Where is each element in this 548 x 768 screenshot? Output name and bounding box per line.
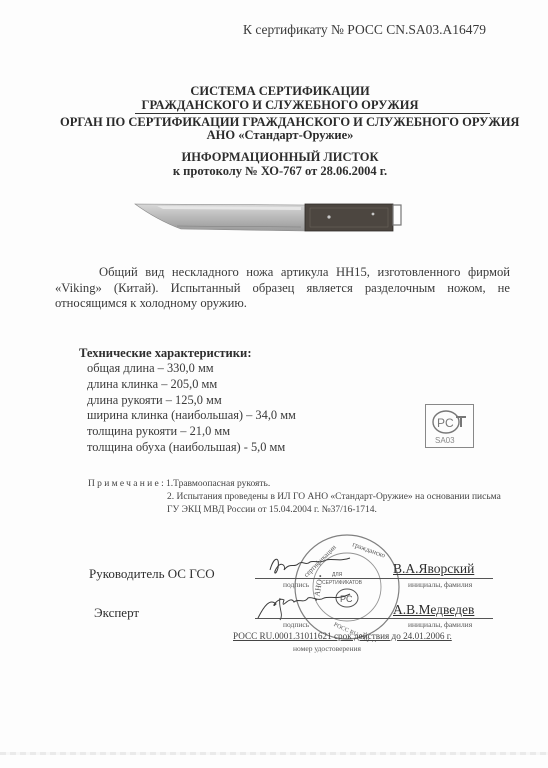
spec-item: общая длина – 330,0 мм bbox=[87, 361, 296, 377]
specs-title: Технические характеристики: bbox=[79, 346, 252, 361]
spec-item: толщина рукояти – 21,0 мм bbox=[87, 424, 296, 440]
signature-line-head bbox=[255, 578, 493, 579]
note-item-2-line2: ГУ ЭКЦ МВД России от 15.04.2004 г. №37/1… bbox=[88, 504, 501, 517]
spec-item: длина клинка – 205,0 мм bbox=[87, 377, 296, 393]
caption-name: инициалы, фамилия bbox=[408, 620, 472, 629]
note-item-1: 1.Травмоопасная рукоять. bbox=[166, 479, 270, 489]
header-system-line1: СИСТЕМА СЕРТИФИКАЦИИ bbox=[60, 84, 500, 98]
rst-mark-icon: PC SA03 bbox=[426, 405, 473, 447]
info-sheet-subtitle: к протоколу № ХО-767 от 28.06.2004 г. bbox=[120, 164, 440, 179]
header-system-line2: ГРАЖДАНСКОГО И СЛУЖЕБНОГО ОРУЖИЯ bbox=[60, 98, 500, 112]
expert-certificate-number: РОСС RU.0001.31011621 срок действия до 2… bbox=[233, 631, 452, 641]
note-item-2-line1: 2. Испытания проведены в ИЛ ГО АНО «Стан… bbox=[88, 491, 501, 504]
specs-list: общая длина – 330,0 мм длина клинка – 20… bbox=[87, 361, 296, 456]
header-organization: АНО «Стандарт-Оружие» bbox=[60, 128, 500, 142]
scan-edge bbox=[0, 752, 548, 755]
caption-signature: подпись bbox=[283, 580, 309, 589]
certificate-reference: К сертификату № РОСС CN.SA03.A16479 bbox=[243, 22, 486, 38]
caption-cert-number: номер удостоверения bbox=[293, 644, 361, 653]
spec-item: длина рукояти – 125,0 мм bbox=[87, 393, 296, 409]
knife-photo bbox=[133, 198, 403, 238]
svg-text:SA03: SA03 bbox=[435, 436, 455, 445]
header-divider bbox=[135, 113, 490, 114]
notes-label: Примечание: bbox=[88, 479, 166, 489]
spec-item: ширина клинка (наибольшая) – 34,0 мм bbox=[87, 408, 296, 424]
signatory-role-expert: Эксперт bbox=[94, 605, 139, 621]
caption-signature: подпись bbox=[283, 620, 309, 629]
header-organ: ОРГАН ПО СЕРТИФИКАЦИИ ГРАЖДАНСКОГО И СЛУ… bbox=[60, 115, 500, 129]
product-description: Общий вид нескладного ножа артикула НН15… bbox=[55, 265, 510, 312]
svg-text:PC: PC bbox=[437, 416, 454, 430]
info-sheet-title: ИНФОРМАЦИОННЫЙ ЛИСТОК bbox=[120, 150, 440, 165]
signature-line-expert bbox=[255, 618, 493, 619]
signatory-name-expert: А.В.Медведев bbox=[393, 602, 474, 618]
notes: Примечание:1.Травмоопасная рукоять. 2. И… bbox=[88, 478, 501, 517]
caption-name: инициалы, фамилия bbox=[408, 580, 472, 589]
signatory-role-head: Руководитель ОС ГСО bbox=[89, 566, 215, 582]
spec-item: толщина обуха (наибольшая) - 5,0 мм bbox=[87, 440, 296, 456]
conformity-mark: PC SA03 bbox=[425, 404, 474, 448]
signatory-name-head: В.А.Яворский bbox=[393, 561, 474, 577]
